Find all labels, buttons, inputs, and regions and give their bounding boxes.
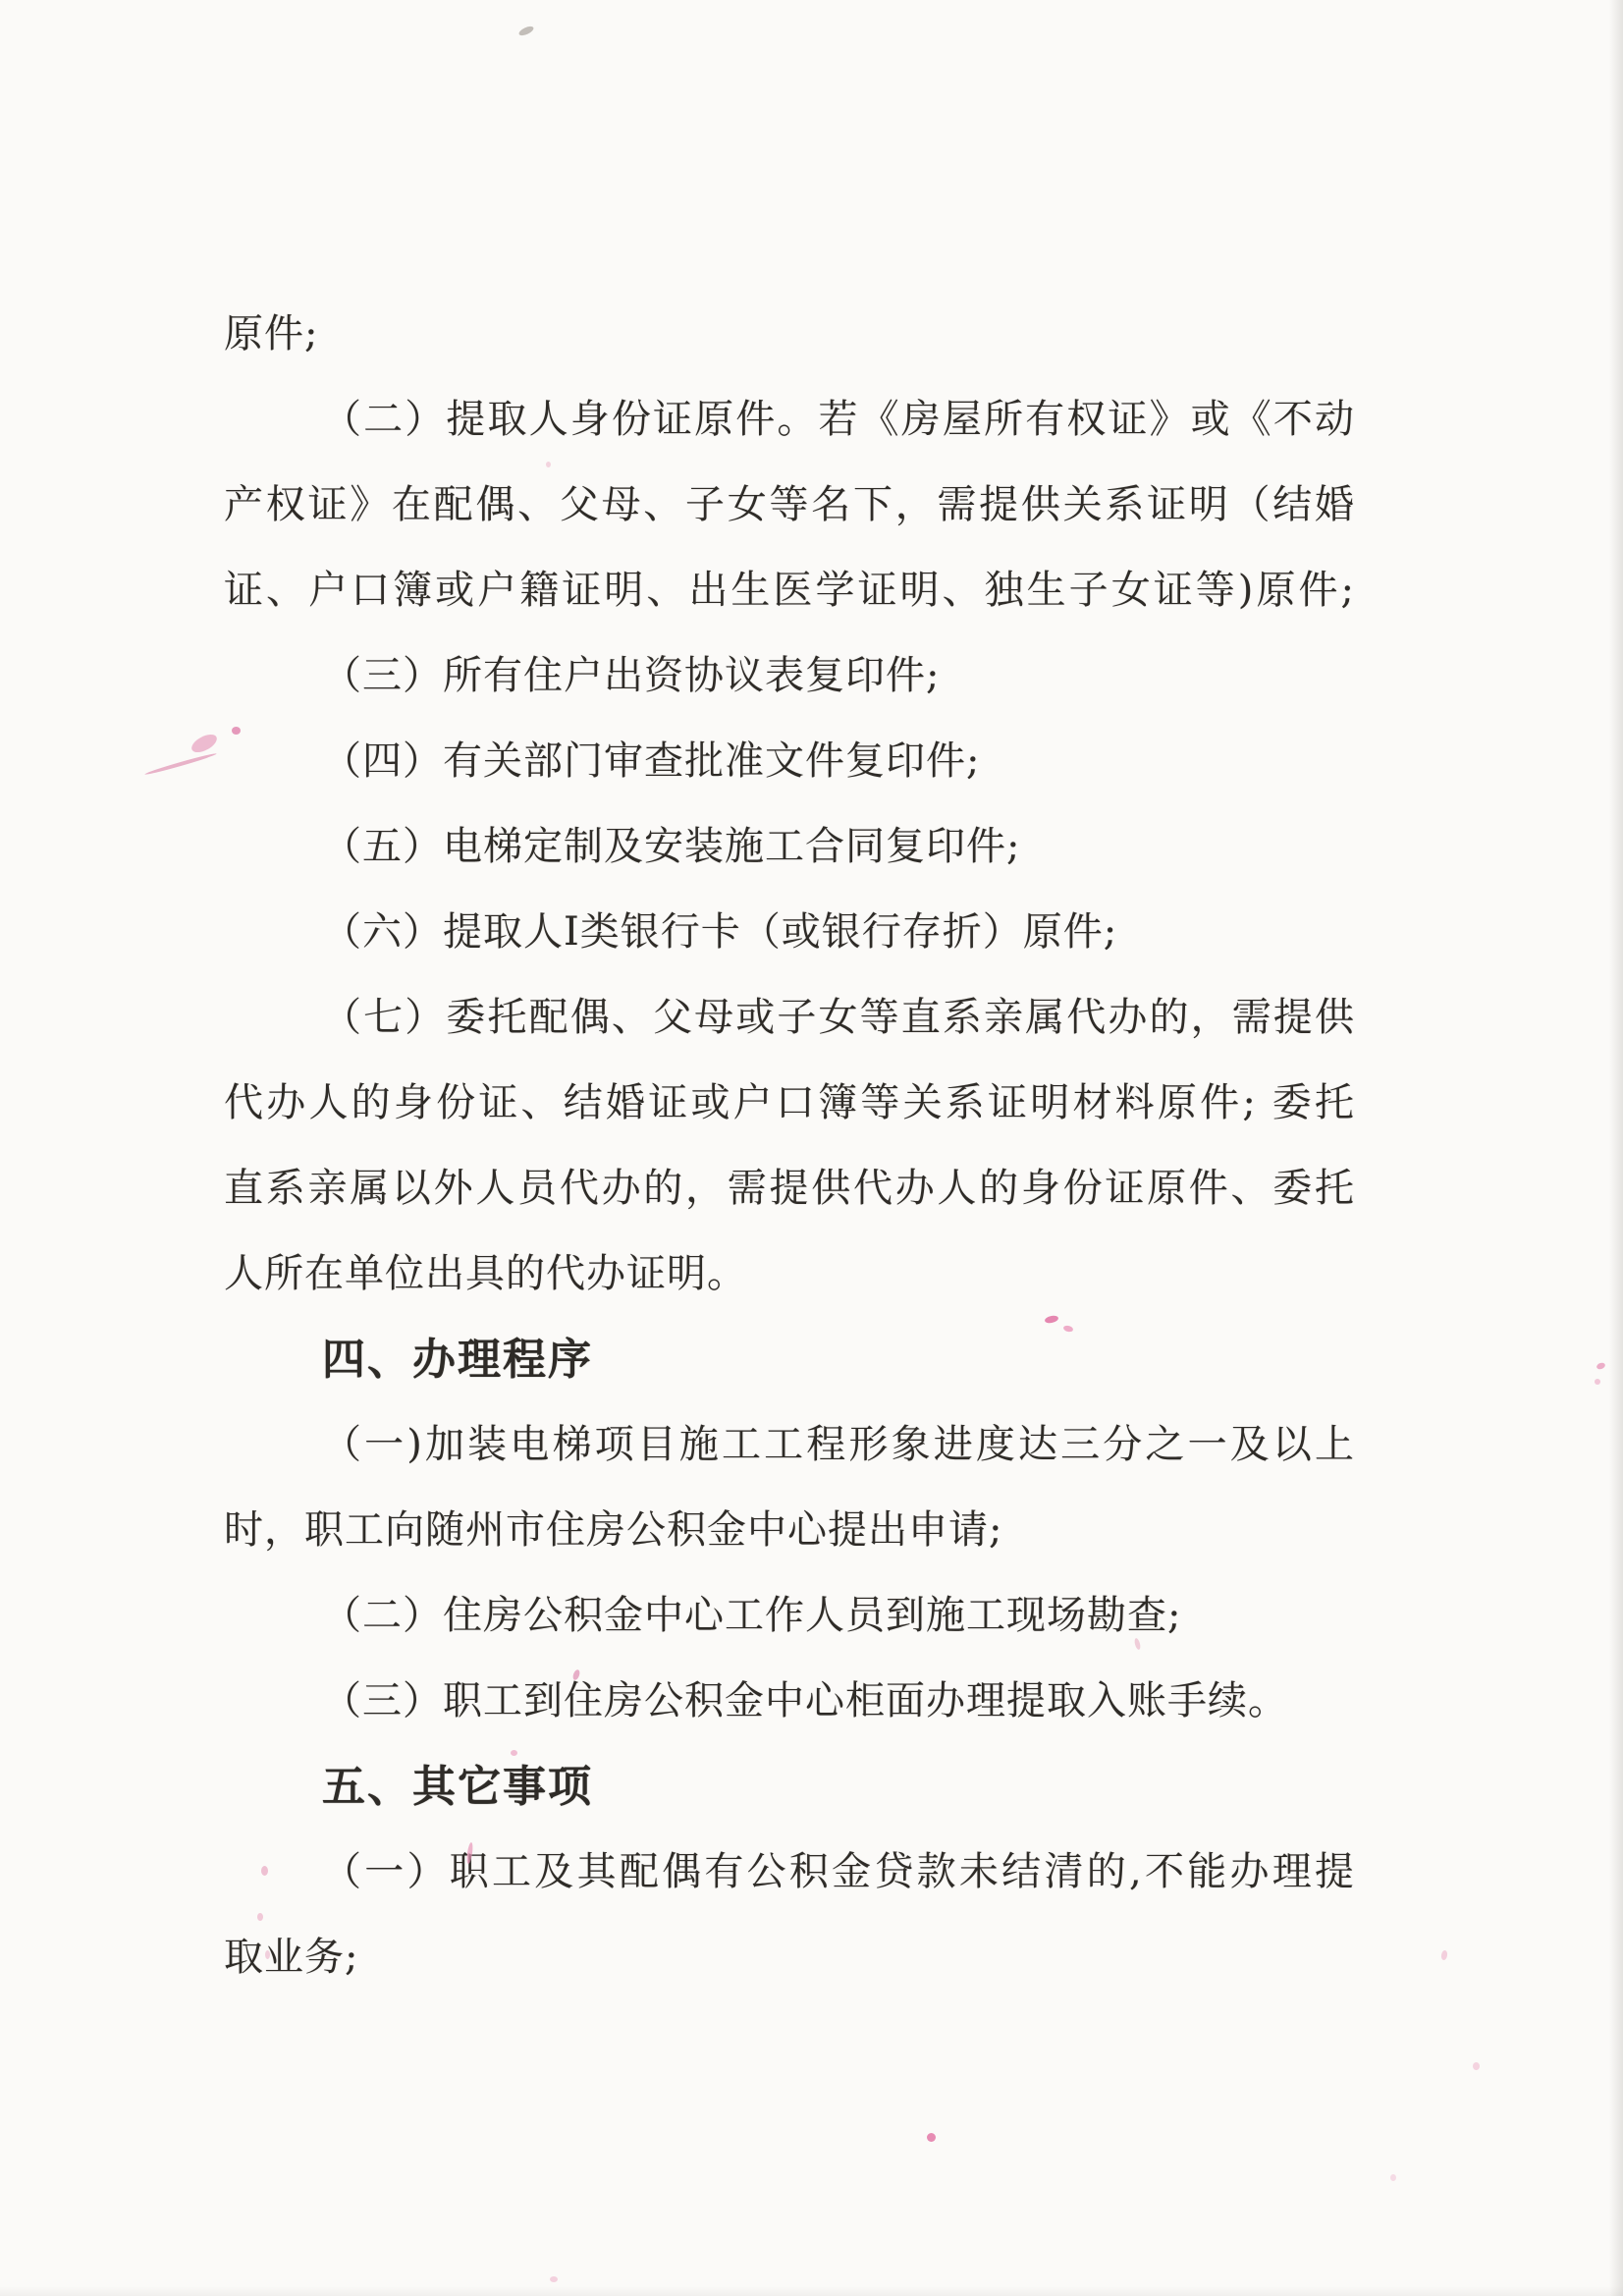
scan-stain [1390,2174,1396,2181]
scanned-document-page: 原件;（二）提取人身份证原件。若《房屋所有权证》或《不动产权证》在配偶、父母、子… [0,0,1623,2296]
text-line: （三）职工到住房公积金中心柜面办理提取入账手续。 [224,1659,1355,1744]
text-line: 取业务; [224,1915,1355,2000]
text-line: （二）提取人身份证原件。若《房屋所有权证》或《不动 [224,377,1355,463]
scan-stain [1473,2062,1480,2070]
text-line: 产权证》在配偶、父母、子女等名下，需提供关系证明（结婚 [224,463,1355,548]
text-line: （五）电梯定制及安装施工合同复印件; [224,804,1355,890]
scan-edge-shadow-right [1609,0,1623,2296]
text-line: 直系亲属以外人员代办的，需提供代办人的身份证原件、委托 [224,1146,1355,1231]
text-line: （六）提取人Ⅰ类银行卡（或银行存折）原件; [224,890,1355,975]
text-line: （七）委托配偶、父母或子女等直系亲属代办的，需提供 [224,975,1355,1061]
scan-stain [1440,1950,1448,1961]
text-line: 四、办理程序 [224,1317,1355,1402]
text-line: 证、户口簿或户籍证明、出生医学证明、独生子女证等)原件; [224,548,1355,633]
scan-stain [927,2133,936,2142]
text-line: 五、其它事项 [224,1744,1355,1830]
scan-edge-shadow-bottom [0,2286,1623,2296]
text-line: 人所在单位出具的代办证明。 [224,1231,1355,1317]
scan-stain [144,752,217,777]
text-line: 原件; [224,292,1355,377]
scan-stain [1595,1379,1600,1385]
scan-stain [1596,1362,1606,1371]
text-line: （一）职工及其配偶有公积金贷款未结清的,不能办理提 [224,1830,1355,1915]
text-line: （二）住房公积金中心工作人员到施工现场勘查; [224,1573,1355,1659]
scan-stain [189,731,219,756]
text-line: （一)加装电梯项目施工工程形象进度达三分之一及以上 [224,1402,1355,1488]
scan-stain [550,2276,558,2282]
text-line: （四）有关部门审查批准文件复印件; [224,719,1355,804]
scan-stain [517,25,534,37]
document-body: 原件;（二）提取人身份证原件。若《房屋所有权证》或《不动产权证》在配偶、父母、子… [224,292,1355,2000]
text-line: 时，职工向随州市住房公积金中心提出申请; [224,1488,1355,1573]
text-line: 代办人的身份证、结婚证或户口簿等关系证明材料原件; 委托 [224,1061,1355,1146]
text-line: （三）所有住户出资协议表复印件; [224,633,1355,719]
